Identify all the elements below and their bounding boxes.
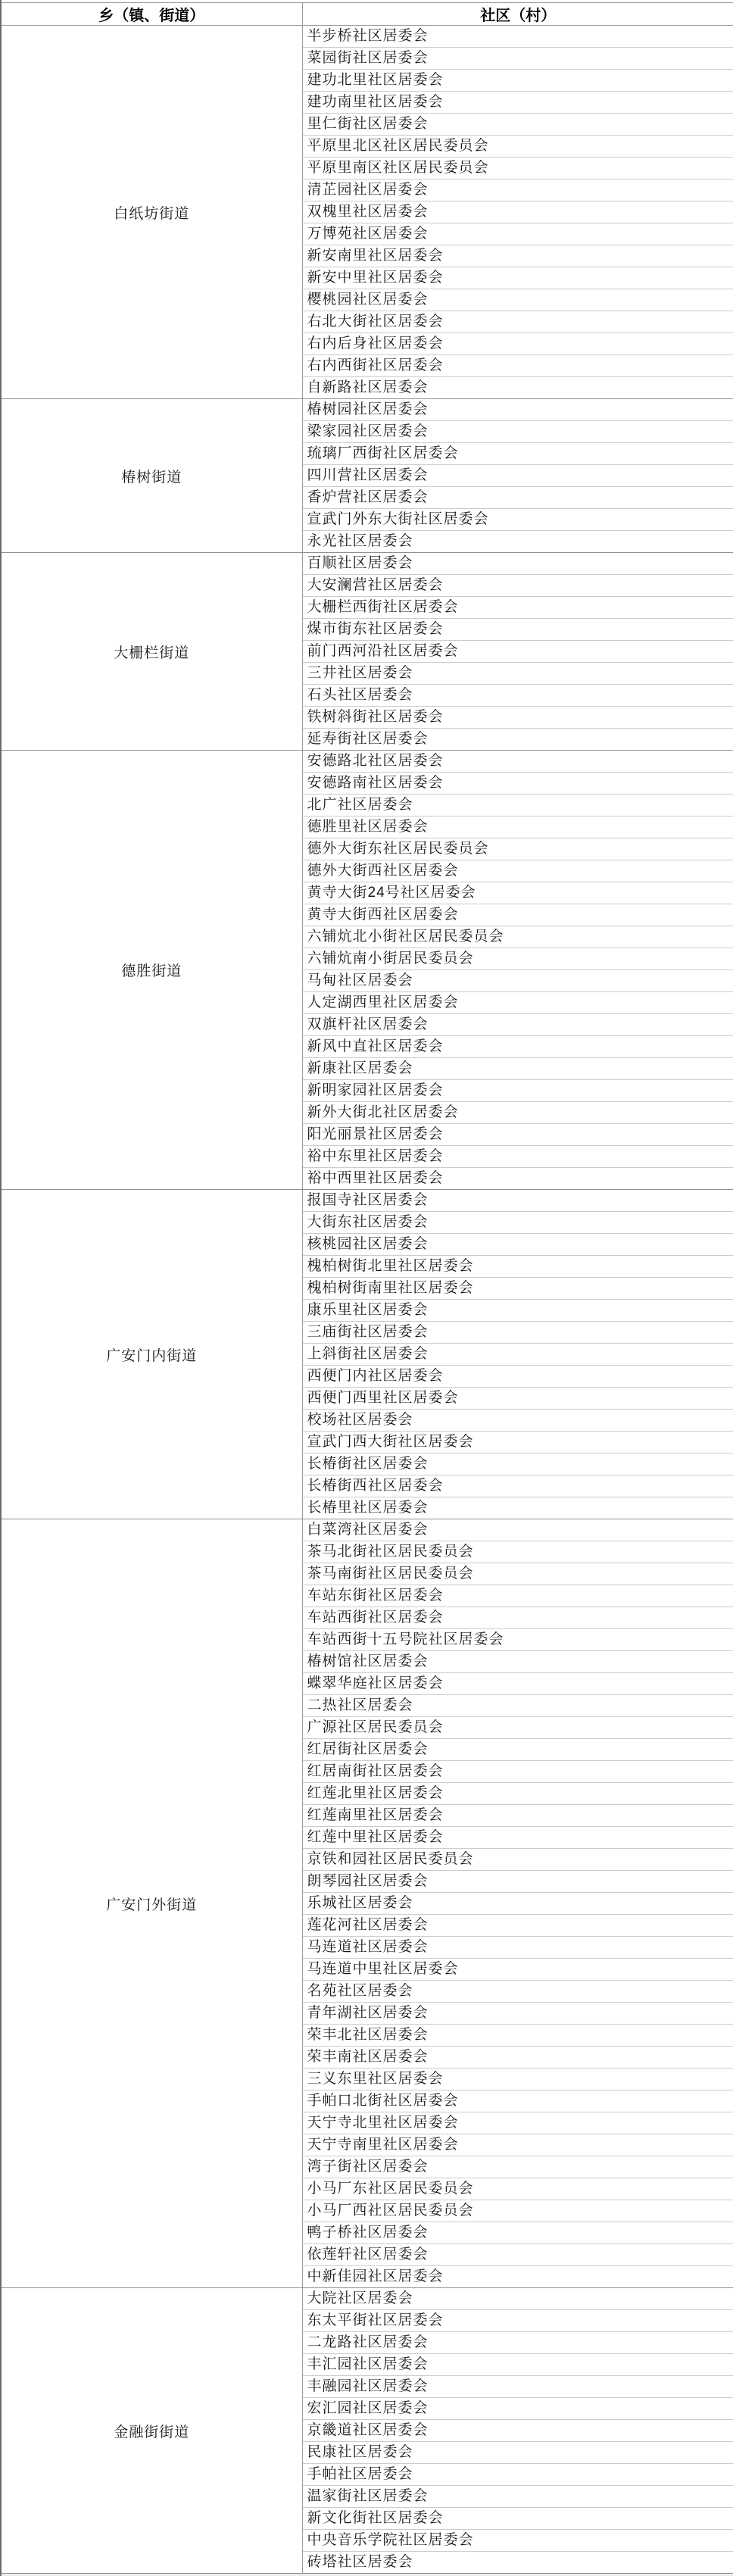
community-cell: 青年湖社区居委会	[302, 2003, 733, 2025]
community-cell: 砖塔社区居委会	[302, 2552, 733, 2574]
street-column-header: 乡（镇、街道）	[1, 3, 302, 26]
community-cell: 手帕社区居委会	[302, 2464, 733, 2486]
community-cell: 丰融园社区居委会	[302, 2376, 733, 2398]
street-cell: 德胜街道	[1, 751, 302, 1190]
community-cell: 天宁寺北里社区居委会	[302, 2112, 733, 2134]
community-cell: 清芷园社区居委会	[302, 180, 733, 201]
community-cell: 小马厂西社区居民委员会	[302, 2200, 733, 2222]
community-cell: 二热社区居委会	[302, 1695, 733, 1717]
community-cell: 马连道中里社区居委会	[302, 1959, 733, 1981]
community-cell: 阳光丽景社区居委会	[302, 1124, 733, 1146]
community-cell: 槐柏树街北里社区居委会	[302, 1256, 733, 1278]
table-row: 金融街街道大院社区居委会	[1, 2288, 733, 2310]
community-cell: 六铺炕南小街居民委员会	[302, 948, 733, 970]
community-cell: 温家街社区居委会	[302, 2486, 733, 2508]
community-cell: 煤市街东社区居委会	[302, 619, 733, 641]
community-cell: 延寿街社区居委会	[302, 729, 733, 751]
community-cell: 北广社区居委会	[302, 795, 733, 817]
community-cell: 自新路社区居委会	[302, 377, 733, 399]
community-cell: 中央音乐学院社区居委会	[302, 2530, 733, 2552]
community-cell: 四川营社区居委会	[302, 465, 733, 487]
community-cell: 白菜湾社区居委会	[302, 1519, 733, 1541]
community-cell: 百顺社区居委会	[302, 553, 733, 575]
community-cell: 长椿里社区居委会	[302, 1497, 733, 1519]
community-cell: 广源社区居民委员会	[302, 1717, 733, 1739]
community-cell: 车站东街社区居委会	[302, 1585, 733, 1607]
community-cell: 德胜里社区居委会	[302, 817, 733, 838]
community-cell: 红莲中里社区居委会	[302, 1827, 733, 1849]
community-cell: 安德路南社区居委会	[302, 773, 733, 795]
table-row: 德胜街道安德路北社区居委会	[1, 751, 733, 773]
community-cell: 梁家园社区居委会	[302, 421, 733, 443]
community-cell: 蝶翠华庭社区居委会	[302, 1673, 733, 1695]
community-cell: 康乐里社区居委会	[302, 1300, 733, 1322]
table-row: 白纸坊街道半步桥社区居委会	[1, 26, 733, 48]
community-cell: 车站西街社区居委会	[302, 1607, 733, 1629]
community-cell: 新安中里社区居委会	[302, 267, 733, 289]
community-cell: 宏汇园社区居委会	[302, 2398, 733, 2420]
community-cell: 新风中直社区居委会	[302, 1036, 733, 1058]
table-row: 广安门内街道报国寺社区居委会	[1, 1190, 733, 1212]
community-cell: 名苑社区居委会	[302, 1981, 733, 2003]
community-cell: 红居南街社区居委会	[302, 1761, 733, 1783]
community-cell: 手帕口北街社区居委会	[302, 2090, 733, 2112]
community-cell: 红莲南里社区居委会	[302, 1805, 733, 1827]
community-column-header: 社区（村）	[302, 3, 733, 26]
community-cell: 西便门西里社区居委会	[302, 1388, 733, 1410]
community-cell: 椿树馆社区居委会	[302, 1651, 733, 1673]
community-cell: 小马厂东社区居民委员会	[302, 2178, 733, 2200]
community-cell: 朗琴园社区居委会	[302, 1871, 733, 1893]
community-cell: 京铁和园社区居民委员会	[302, 1849, 733, 1871]
community-cell: 新安南里社区居委会	[302, 245, 733, 267]
community-cell: 安德路北社区居委会	[302, 751, 733, 773]
community-cell: 东太平街社区居委会	[302, 2310, 733, 2332]
community-cell: 大院社区居委会	[302, 2288, 733, 2310]
community-cell: 右内西街社区居委会	[302, 355, 733, 377]
community-cell: 黄寺大街24号社区居委会	[302, 882, 733, 904]
division-table-sheet: 乡（镇、街道） 社区（村） 白纸坊街道半步桥社区居委会菜园街社区居委会建功北里社…	[0, 0, 733, 2576]
community-cell: 里仁街社区居委会	[302, 114, 733, 136]
community-cell: 马连道社区居委会	[302, 1937, 733, 1959]
community-cell: 乐城社区居委会	[302, 1893, 733, 1915]
community-cell: 长椿街西社区居委会	[302, 1475, 733, 1497]
community-cell: 长椿街社区居委会	[302, 1453, 733, 1475]
community-cell: 琉璃厂西街社区居委会	[302, 443, 733, 465]
community-cell: 红莲北里社区居委会	[302, 1783, 733, 1805]
community-cell: 二龙路社区居委会	[302, 2332, 733, 2354]
community-cell: 六铺炕北小街社区居民委员会	[302, 926, 733, 948]
community-cell: 大安澜营社区居委会	[302, 575, 733, 597]
community-cell: 万博苑社区居委会	[302, 223, 733, 245]
header-row: 乡（镇、街道） 社区（村）	[1, 3, 733, 26]
division-table: 乡（镇、街道） 社区（村） 白纸坊街道半步桥社区居委会菜园街社区居委会建功北里社…	[0, 2, 733, 2574]
community-cell: 大街东社区居委会	[302, 1212, 733, 1234]
community-cell: 人定湖西里社区居委会	[302, 992, 733, 1014]
community-cell: 裕中西里社区居委会	[302, 1168, 733, 1190]
community-cell: 宣武门西大街社区居委会	[302, 1432, 733, 1453]
community-cell: 新文化街社区居委会	[302, 2508, 733, 2530]
street-cell: 金融街街道	[1, 2288, 302, 2574]
community-cell: 宣武门外东大街社区居委会	[302, 509, 733, 531]
community-cell: 铁树斜街社区居委会	[302, 707, 733, 729]
community-cell: 莲花河社区居委会	[302, 1915, 733, 1937]
street-cell: 大栅栏街道	[1, 553, 302, 751]
community-cell: 红居街社区居委会	[302, 1739, 733, 1761]
community-cell: 核桃园社区居委会	[302, 1234, 733, 1256]
community-cell: 荣丰北社区居委会	[302, 2025, 733, 2047]
community-cell: 车站西街十五号院社区居委会	[302, 1629, 733, 1651]
community-cell: 荣丰南社区居委会	[302, 2047, 733, 2069]
table-header: 乡（镇、街道） 社区（村）	[1, 3, 733, 26]
community-cell: 上斜街社区居委会	[302, 1344, 733, 1366]
community-cell: 三井社区居委会	[302, 663, 733, 685]
community-cell: 平原里北区社区居民委员会	[302, 136, 733, 158]
street-cell: 广安门外街道	[1, 1519, 302, 2288]
community-cell: 右内后身社区居委会	[302, 333, 733, 355]
community-cell: 依莲轩社区居委会	[302, 2244, 733, 2266]
street-cell: 白纸坊街道	[1, 26, 302, 399]
community-cell: 报国寺社区居委会	[302, 1190, 733, 1212]
community-cell: 平原里南区社区居民委员会	[302, 158, 733, 180]
community-cell: 西便门内社区居委会	[302, 1366, 733, 1388]
community-cell: 樱桃园社区居委会	[302, 289, 733, 311]
community-cell: 鸭子桥社区居委会	[302, 2222, 733, 2244]
community-cell: 石头社区居委会	[302, 685, 733, 707]
community-cell: 新明家园社区居委会	[302, 1080, 733, 1102]
community-cell: 新外大街北社区居委会	[302, 1102, 733, 1124]
community-cell: 德外大街东社区居民委员会	[302, 838, 733, 860]
community-cell: 民康社区居委会	[302, 2442, 733, 2464]
street-cell: 广安门内街道	[1, 1190, 302, 1519]
community-cell: 建功北里社区居委会	[302, 70, 733, 92]
table-row: 大栅栏街道百顺社区居委会	[1, 553, 733, 575]
community-cell: 茶马北街社区居民委员会	[302, 1541, 733, 1563]
community-cell: 裕中东里社区居委会	[302, 1146, 733, 1168]
community-cell: 京畿道社区居委会	[302, 2420, 733, 2442]
community-cell: 香炉营社区居委会	[302, 487, 733, 509]
street-cell: 椿树街道	[1, 399, 302, 553]
community-cell: 三义东里社区居委会	[302, 2069, 733, 2090]
community-cell: 校场社区居委会	[302, 1410, 733, 1432]
community-cell: 中新佳园社区居委会	[302, 2266, 733, 2288]
community-cell: 双槐里社区居委会	[302, 201, 733, 223]
table-body: 白纸坊街道半步桥社区居委会菜园街社区居委会建功北里社区居委会建功南里社区居委会里…	[1, 26, 733, 2574]
community-cell: 三庙街社区居委会	[302, 1322, 733, 1344]
community-cell: 半步桥社区居委会	[302, 26, 733, 48]
community-cell: 大栅栏西街社区居委会	[302, 597, 733, 619]
table-row: 椿树街道椿树园社区居委会	[1, 399, 733, 421]
community-cell: 双旗杆社区居委会	[302, 1014, 733, 1036]
community-cell: 槐柏树街南里社区居委会	[302, 1278, 733, 1300]
community-cell: 湾子街社区居委会	[302, 2156, 733, 2178]
community-cell: 菜园街社区居委会	[302, 48, 733, 70]
community-cell: 永光社区居委会	[302, 531, 733, 553]
community-cell: 丰汇园社区居委会	[302, 2354, 733, 2376]
community-cell: 建功南里社区居委会	[302, 92, 733, 114]
community-cell: 椿树园社区居委会	[302, 399, 733, 421]
community-cell: 马甸社区居委会	[302, 970, 733, 992]
community-cell: 前门西河沿社区居委会	[302, 641, 733, 663]
table-row: 广安门外街道白菜湾社区居委会	[1, 1519, 733, 1541]
community-cell: 黄寺大街西社区居委会	[302, 904, 733, 926]
community-cell: 茶马南街社区居民委员会	[302, 1563, 733, 1585]
community-cell: 新康社区居委会	[302, 1058, 733, 1080]
community-cell: 德外大街西社区居委会	[302, 860, 733, 882]
community-cell: 右北大街社区居委会	[302, 311, 733, 333]
community-cell: 天宁寺南里社区居委会	[302, 2134, 733, 2156]
